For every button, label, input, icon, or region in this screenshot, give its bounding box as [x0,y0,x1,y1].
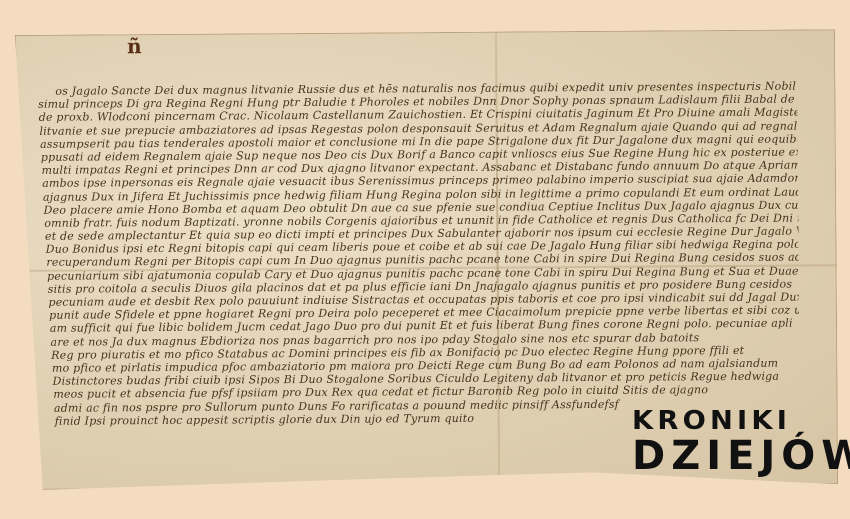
kroniki-dziejow-logo: KRONIKI DZIEJÓW [632,408,850,476]
ink-mark: ñ [127,34,142,58]
manuscript-text: os Jagalo Sancte Dei dux magnus litvanie… [37,80,799,428]
logo-line-2: DZIEJÓW [632,436,850,476]
logo-line-1: KRONIKI [632,408,850,434]
